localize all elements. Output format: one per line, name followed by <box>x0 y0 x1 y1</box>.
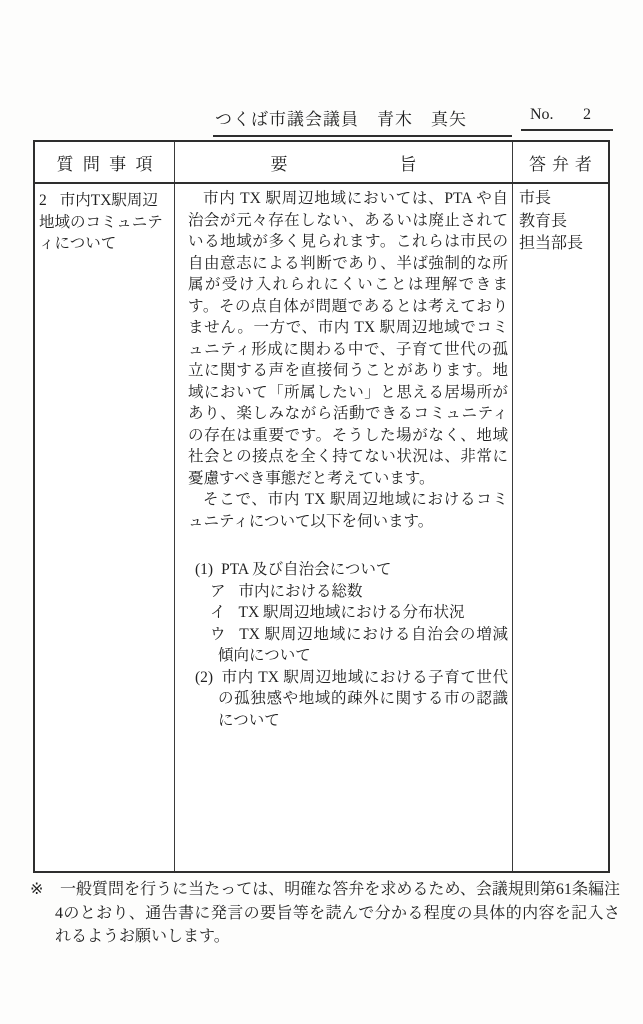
page-number-label: No. <box>530 106 554 124</box>
header-respondent: 答弁者 <box>513 142 608 182</box>
list-item-2-label: (2) <box>195 669 213 686</box>
council-member-name: つくば市議会議員 青木 真矢 <box>213 105 512 137</box>
header-summary: 要 旨 <box>175 142 513 182</box>
question-title: 市内TX駅周辺地域のコミュニティについて <box>39 192 163 252</box>
sub-item-i-text: TX 駅周辺地域における分布状況 <box>239 604 465 621</box>
sub-item-u-text: TX 駅周辺地域における自治会の増減傾向について <box>218 626 508 665</box>
header-summary-left-char: 要 <box>271 150 288 175</box>
sub-item-a: ア市内における総数 <box>188 581 508 603</box>
sub-item-i: イTX 駅周辺地域における分布状況 <box>188 602 508 624</box>
footnote: ※ 一般質問を行うに当たっては、明確な答弁を求めるため、会議規則第61条編注4の… <box>30 878 620 949</box>
respondent-mayor: 市長 <box>519 188 606 211</box>
page-number-field: No. 2 <box>521 105 613 131</box>
sub-item-a-label: ア <box>210 583 226 600</box>
respondent-cell: 市長 教育長 担当部長 <box>513 184 608 871</box>
question-list: (1)PTA 及び自治会について ア市内における総数 イTX 駅周辺地域における… <box>188 559 508 731</box>
list-item-1-text: PTA 及び自治会について <box>221 561 391 578</box>
scanned-question-sheet: つくば市議会議員 青木 真矢 No. 2 質問事項 要 旨 答弁者 2市内TX駅… <box>0 0 643 1024</box>
sub-item-u: ウTX 駅周辺地域における自治会の増減傾向について <box>188 624 508 667</box>
respondent-department-head: 担当部長 <box>519 233 606 256</box>
summary-cell: 市内 TX 駅周辺地域においては、PTA や自治会が元々存在しない、あるいは廃止… <box>175 184 513 871</box>
list-item-1-label: (1) <box>195 561 213 578</box>
question-number: 2 <box>39 192 47 209</box>
question-table: 質問事項 要 旨 答弁者 2市内TX駅周辺地域のコミュニティについて 市内 TX… <box>33 140 610 873</box>
sub-item-i-label: イ <box>210 604 226 621</box>
list-item-2-text: 市内 TX 駅周辺地域における子育て世代の孤独感や地域的疎外に関する市の認識につ… <box>218 669 508 729</box>
sub-item-u-label: ウ <box>210 626 226 643</box>
question-item-cell: 2市内TX駅周辺地域のコミュニティについて <box>35 184 175 871</box>
header-summary-right-char: 旨 <box>400 150 417 175</box>
summary-paragraph-1: 市内 TX 駅周辺地域においては、PTA や自治会が元々存在しない、あるいは廃止… <box>188 188 508 489</box>
page-number-value: 2 <box>583 106 591 124</box>
list-item-2: (2)市内 TX 駅周辺地域における子育て世代の孤独感や地域的疎外に関する市の認… <box>188 667 508 732</box>
summary-paragraph-2: そこで、市内 TX 駅周辺地域におけるコミュニティについて以下を伺います。 <box>188 489 508 532</box>
list-item-1: (1)PTA 及び自治会について <box>188 559 508 581</box>
footnote-mark: ※ <box>30 878 43 902</box>
footnote-text: 一般質問を行うに当たっては、明確な答弁を求めるため、会議規則第61条編注4のとお… <box>30 878 620 949</box>
sub-item-a-text: 市内における総数 <box>239 583 363 600</box>
header-question-items: 質問事項 <box>35 142 175 182</box>
table-body-row: 2市内TX駅周辺地域のコミュニティについて 市内 TX 駅周辺地域においては、P… <box>35 184 608 871</box>
table-header-row: 質問事項 要 旨 答弁者 <box>35 142 608 184</box>
respondent-education-chief: 教育長 <box>519 211 606 234</box>
